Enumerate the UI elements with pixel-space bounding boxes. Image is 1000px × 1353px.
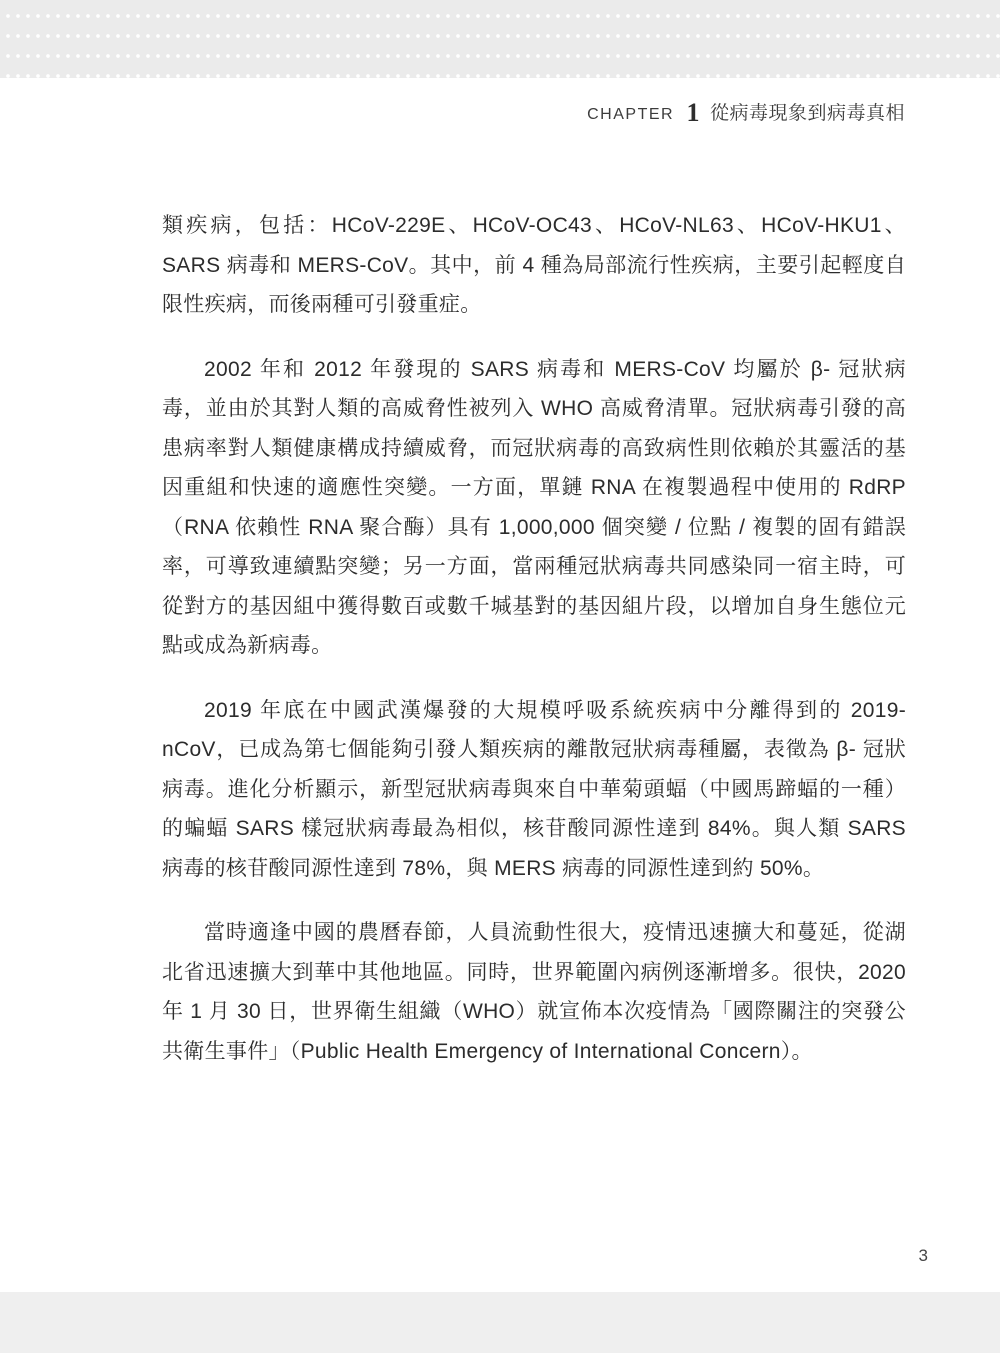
chapter-number: 1 (687, 98, 700, 127)
page-number: 3 (0, 1246, 928, 1266)
paragraph-2: 2002 年和 2012 年發現的 SARS 病毒和 MERS-CoV 均屬於 … (162, 350, 906, 666)
paragraph-1: 類疾病，包括：HCoV-229E、HCoV-OC43、HCoV-NL63、HCo… (162, 206, 906, 325)
chapter-label: CHAPTER (587, 106, 674, 123)
paragraph-3: 2019 年底在中國武漢爆發的大規模呼吸系統疾病中分離得到的 2019-nCoV… (162, 691, 906, 889)
paragraph-4: 當時適逢中國的農曆春節，人員流動性很大，疫情迅速擴大和蔓延，從湖北省迅速擴大到華… (162, 913, 906, 1071)
book-page: CHAPTER 1 從病毒現象到病毒真相 類疾病，包括：HCoV-229E、HC… (0, 0, 1000, 1353)
page-header: CHAPTER 1 從病毒現象到病毒真相 (0, 98, 905, 128)
top-decorative-dot-band (0, 0, 1000, 78)
chapter-title: 從病毒現象到病毒真相 (710, 103, 905, 124)
body-text: 類疾病，包括：HCoV-229E、HCoV-OC43、HCoV-NL63、HCo… (162, 206, 906, 1096)
bottom-decorative-band (0, 1292, 1000, 1353)
